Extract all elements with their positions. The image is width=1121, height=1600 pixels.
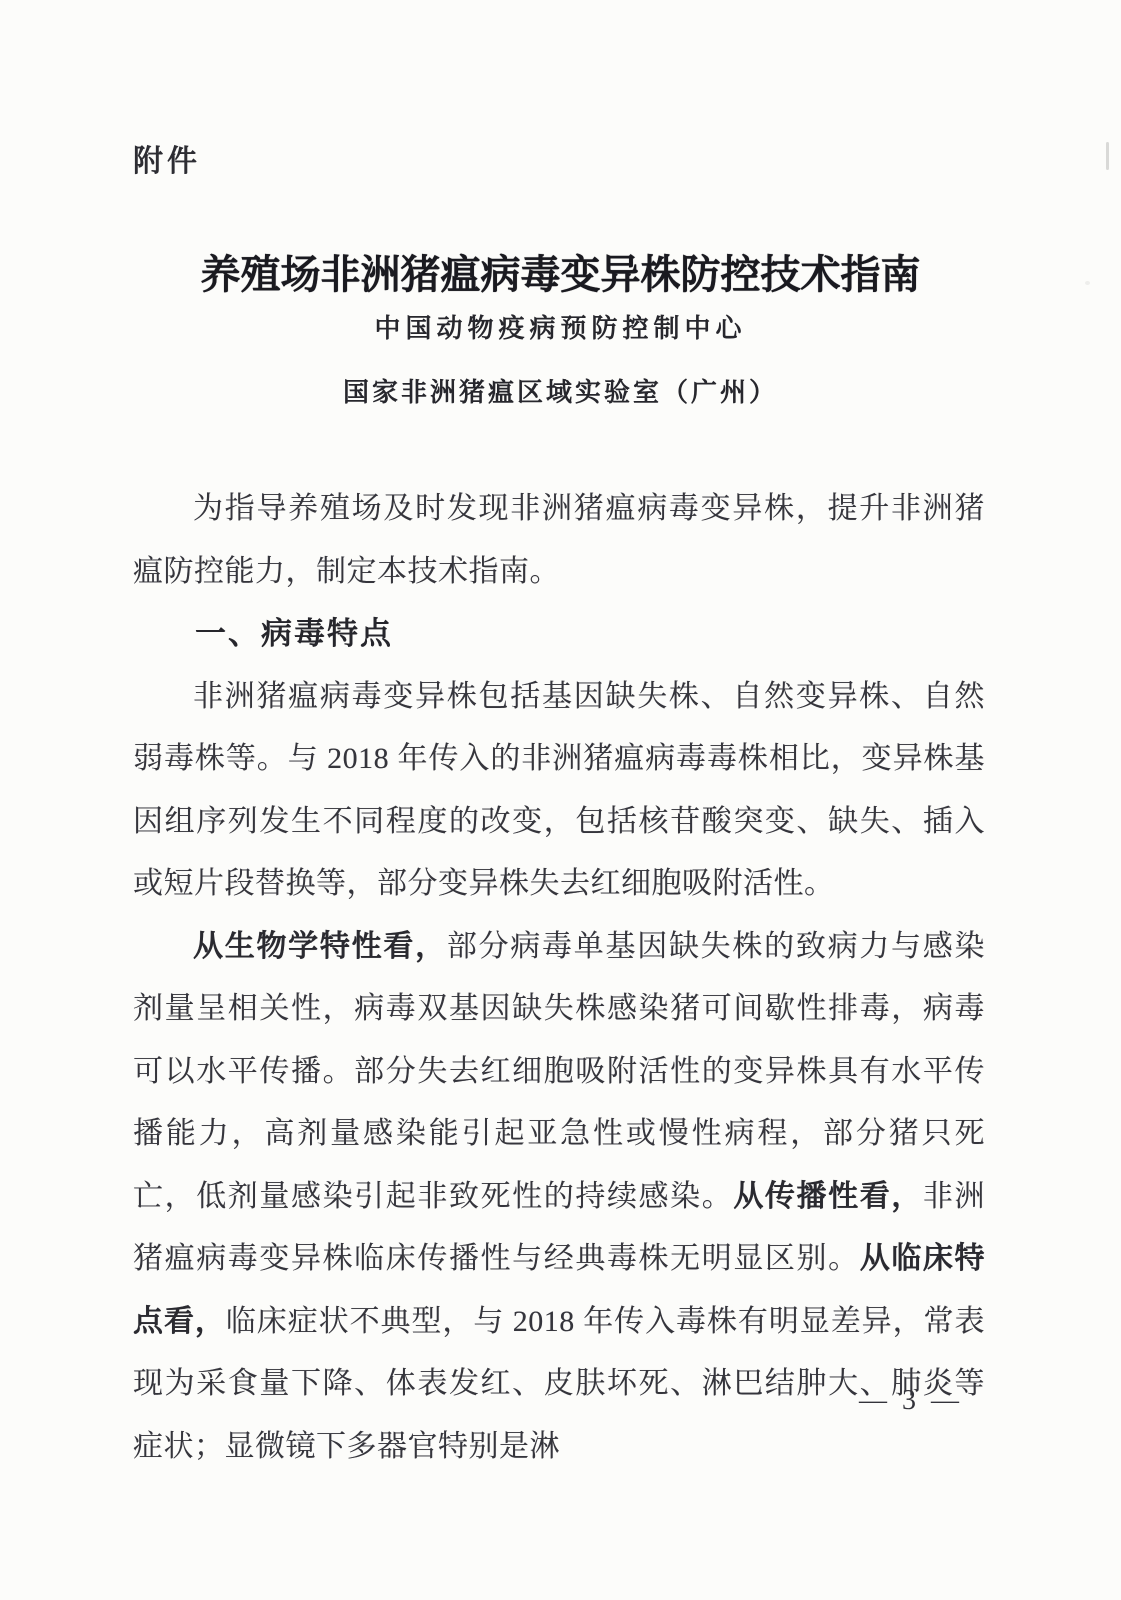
scanned-document-page: 附件 养殖场非洲猪瘟病毒变异株防控技术指南 中国动物疫病预防控制中心 国家非洲猪… [0,0,1121,1600]
paragraph-virus-types: 非洲猪瘟病毒变异株包括基因缺失株、自然变异株、自然弱毒株等。与 2018 年传入… [133,666,985,916]
issuing-org-line-2: 国家非洲猪瘟区域实验室（广州） [0,372,1121,409]
text-run: 部分病毒单基因缺失株的致病力与感染剂量呈相关性，病毒双基因缺失株感染猪可间歇性排… [133,930,985,1213]
scan-artifact-line [1106,142,1109,170]
bold-run-biological-traits: 从生物学特性看， [193,930,447,963]
bold-run-transmissibility: 从传播性看， [733,1180,923,1213]
paragraph-virus-features: 从生物学特性看，部分病毒单基因缺失株的致病力与感染剂量呈相关性，病毒双基因缺失株… [133,916,985,1479]
issuing-org-line-1: 中国动物疫病预防控制中心 [0,308,1121,345]
intro-paragraph: 为指导养殖场及时发现非洲猪瘟病毒变异株，提升非洲猪瘟防控能力，制定本技术指南。 [133,478,985,603]
section-heading-virus-characteristics: 一、病毒特点 [133,603,985,666]
text-run: 临床症状不典型，与 2018 年传入毒株有明显差异，常表现为采食量下降、体表发红… [133,1305,985,1463]
document-body: 为指导养殖场及时发现非洲猪瘟病毒变异株，提升非洲猪瘟防控能力，制定本技术指南。 … [133,478,985,1478]
page-number: — 3 — [859,1385,963,1417]
attachment-label: 附件 [133,136,201,180]
document-title: 养殖场非洲猪瘟病毒变异株防控技术指南 [0,243,1121,300]
